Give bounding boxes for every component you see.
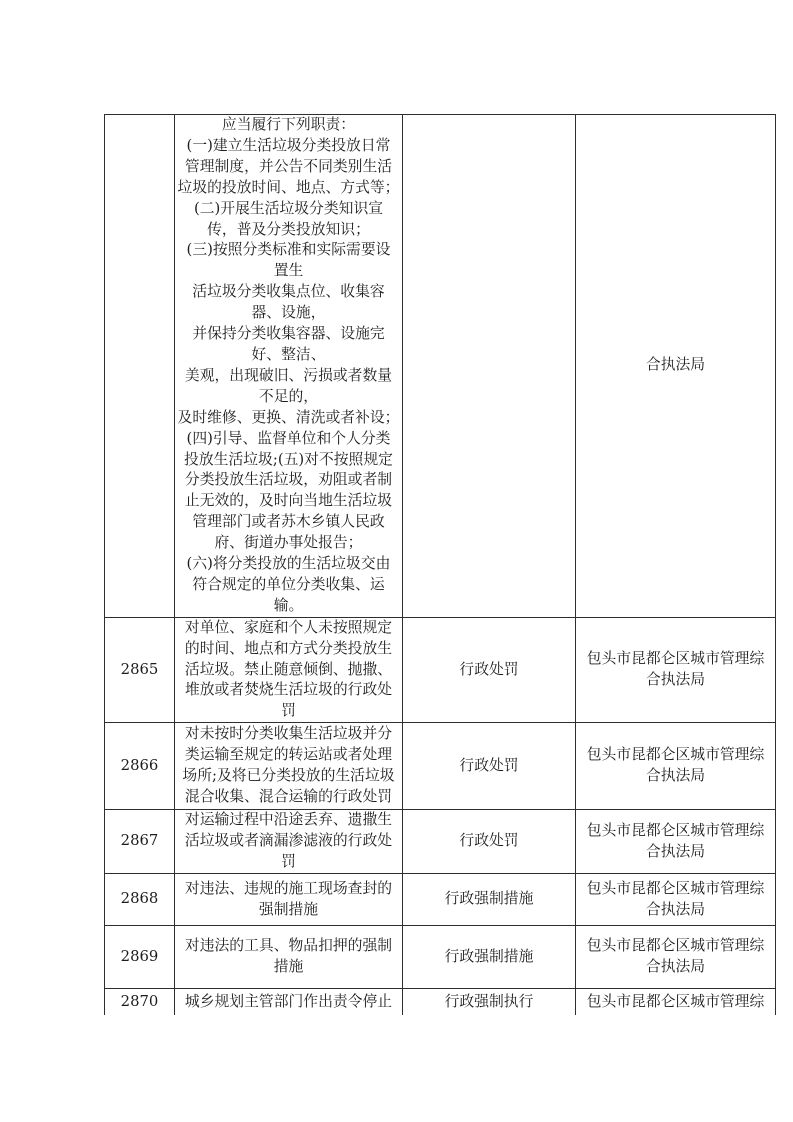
cell-power-category: 行政处罚 (403, 723, 576, 810)
cell-power-description: 应当履行下列职责： (一)建立生活垃圾分类投放日常 管理制度，并公告不同类别生活… (175, 115, 403, 618)
cell-implementing-agency: 包头市昆都仑区城市管理综 合执法局 (576, 723, 776, 810)
table-row: 2865 对单位、家庭和个人未按照规定 的时间、地点和方式分类投放生 活垃圾。禁… (105, 617, 776, 723)
cell-item-number: 2866 (105, 723, 175, 810)
cell-power-description: 对违法、违规的施工现场查封的 强制措施 (175, 874, 403, 926)
cell-power-category: 行政处罚 (403, 810, 576, 874)
cell-item-number: 2870 (105, 989, 175, 1015)
cell-power-category (403, 115, 576, 618)
cell-implementing-agency: 包头市昆都仑区城市管理综 合执法局 (576, 874, 776, 926)
table-row: 2870 城乡规划主管部门作出责令停止 行政强制执行 包头市昆都仑区城市管理综 (105, 989, 776, 1015)
table-row: 2869 对违法的工具、物品扣押的强制 措施 行政强制措施 包头市昆都仑区城市管… (105, 926, 776, 989)
cell-power-category: 行政强制执行 (403, 989, 576, 1015)
cell-item-number: 2865 (105, 617, 175, 723)
cell-item-number (105, 115, 175, 618)
cell-implementing-agency: 包头市昆都仑区城市管理综 合执法局 (576, 810, 776, 874)
cell-item-number: 2867 (105, 810, 175, 874)
cell-implementing-agency: 合执法局 (576, 115, 776, 618)
cell-power-description: 对单位、家庭和个人未按照规定 的时间、地点和方式分类投放生 活垃圾。禁止随意倾倒… (175, 617, 403, 723)
cell-power-description: 对运输过程中沿途丢弃、遗撒生 活垃圾或者滴漏渗滤液的行政处 罚 (175, 810, 403, 874)
administrative-powers-table: 应当履行下列职责： (一)建立生活垃圾分类投放日常 管理制度，并公告不同类别生活… (104, 114, 776, 1015)
table-row: 应当履行下列职责： (一)建立生活垃圾分类投放日常 管理制度，并公告不同类别生活… (105, 115, 776, 618)
cell-implementing-agency: 包头市昆都仑区城市管理综 合执法局 (576, 617, 776, 723)
cell-implementing-agency: 包头市昆都仑区城市管理综 (576, 989, 776, 1015)
cell-power-category: 行政强制措施 (403, 926, 576, 989)
document-page: 应当履行下列职责： (一)建立生活垃圾分类投放日常 管理制度，并公告不同类别生活… (0, 0, 793, 1122)
cell-implementing-agency: 包头市昆都仑区城市管理综 合执法局 (576, 926, 776, 989)
table-row: 2868 对违法、违规的施工现场查封的 强制措施 行政强制措施 包头市昆都仑区城… (105, 874, 776, 926)
cell-power-description: 对违法的工具、物品扣押的强制 措施 (175, 926, 403, 989)
table-row: 2866 对未按时分类收集生活垃圾并分 类运输至规定的转运站或者处理 场所;及将… (105, 723, 776, 810)
cell-power-category: 行政处罚 (403, 617, 576, 723)
cell-item-number: 2868 (105, 874, 175, 926)
cell-power-category: 行政强制措施 (403, 874, 576, 926)
table-body: 应当履行下列职责： (一)建立生活垃圾分类投放日常 管理制度，并公告不同类别生活… (105, 115, 776, 1015)
cell-item-number: 2869 (105, 926, 175, 989)
cell-power-description: 城乡规划主管部门作出责令停止 (175, 989, 403, 1015)
cell-power-description: 对未按时分类收集生活垃圾并分 类运输至规定的转运站或者处理 场所;及将已分类投放… (175, 723, 403, 810)
table-row: 2867 对运输过程中沿途丢弃、遗撒生 活垃圾或者滴漏渗滤液的行政处 罚 行政处… (105, 810, 776, 874)
